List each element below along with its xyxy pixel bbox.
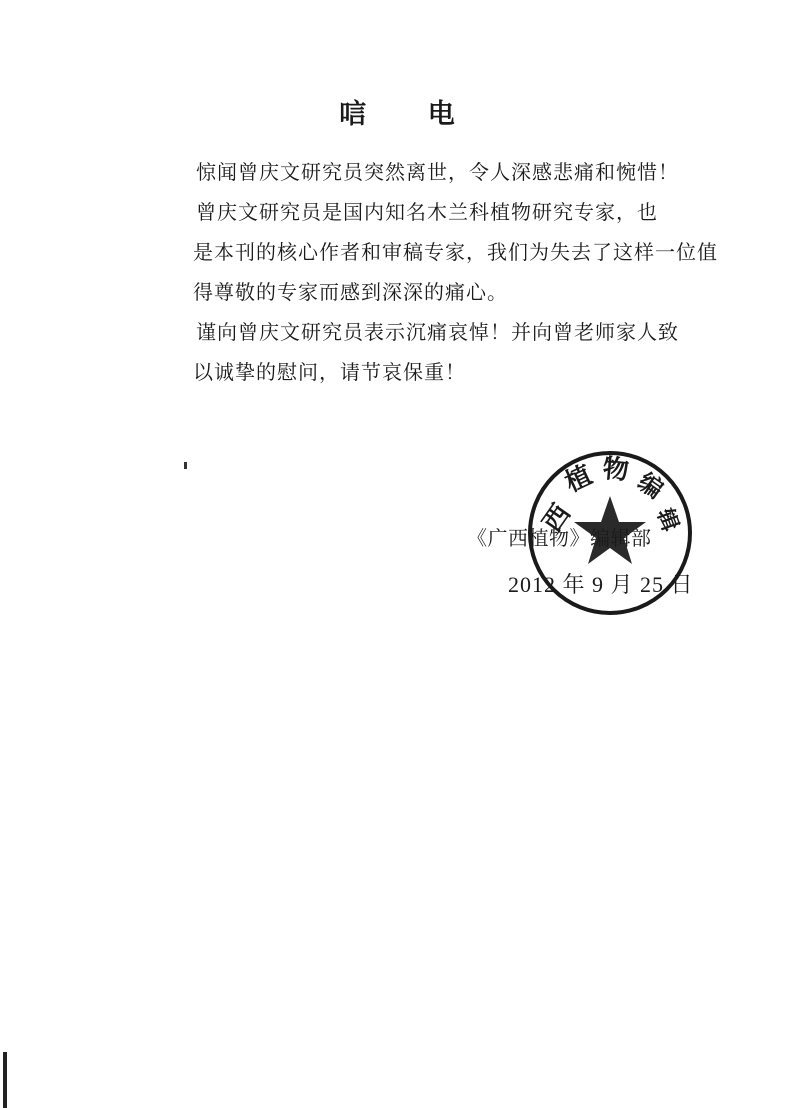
paragraph-line: 惊闻曾庆文研究员突然离世，令人深感悲痛和惋惜！ — [196, 152, 706, 192]
paragraph-1: 惊闻曾庆文研究员突然离世，令人深感悲痛和惋惜！ — [196, 152, 706, 192]
scan-mark — [184, 462, 187, 469]
signature: 《广西植物》编辑部 — [467, 522, 652, 551]
date: 2012 年 9 月 25 日 — [508, 568, 694, 599]
paragraph-line: 曾庆文研究员是国内知名木兰科植物研究专家，也 — [196, 192, 706, 232]
paragraph-2: 曾庆文研究员是国内知名木兰科植物研究专家，也 是本刊的核心作者和审稿专家，我们为… — [196, 192, 706, 312]
svg-text:物: 物 — [602, 454, 631, 486]
page-title: 唁 电 — [0, 92, 800, 131]
paragraph-3: 谨向曾庆文研究员表示沉痛哀悼！并向曾老师家人致 以诚挚的慰问，请节哀保重！ — [196, 312, 706, 392]
paragraph-line: 得尊敬的专家而感到深深的痛心。 — [193, 272, 706, 312]
svg-text:辑: 辑 — [651, 504, 683, 535]
paragraph-line: 是本刊的核心作者和审稿专家，我们为失去了这样一位值 — [193, 232, 706, 272]
paragraph-line: 以诚挚的慰问，请节哀保重！ — [193, 352, 706, 392]
scan-edge-line — [3, 1052, 7, 1108]
paragraph-line: 谨向曾庆文研究员表示沉痛哀悼！并向曾老师家人致 — [196, 312, 706, 352]
